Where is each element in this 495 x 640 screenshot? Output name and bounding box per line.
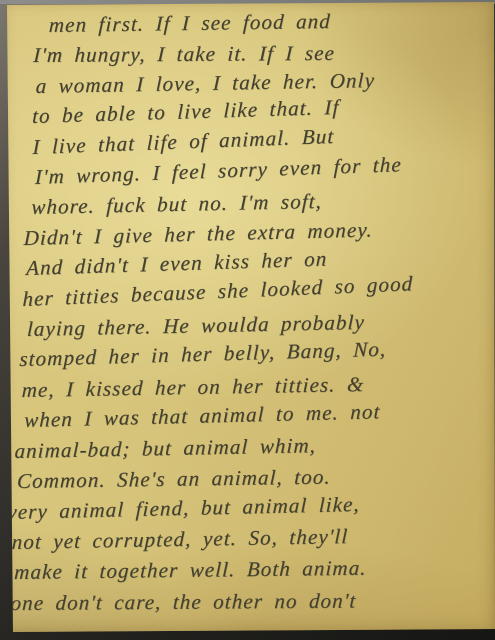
handwriting-line: men first. If I see food and	[48, 4, 495, 41]
handwriting-line: one don't care, the other no don't	[10, 585, 473, 619]
handwriting-text-block: men first. If I see food and I'm hungry,…	[0, 0, 495, 618]
handwriting-line: make it together well. Both anima.	[14, 552, 474, 588]
handwritten-page: men first. If I see food and I'm hungry,…	[0, 0, 495, 640]
